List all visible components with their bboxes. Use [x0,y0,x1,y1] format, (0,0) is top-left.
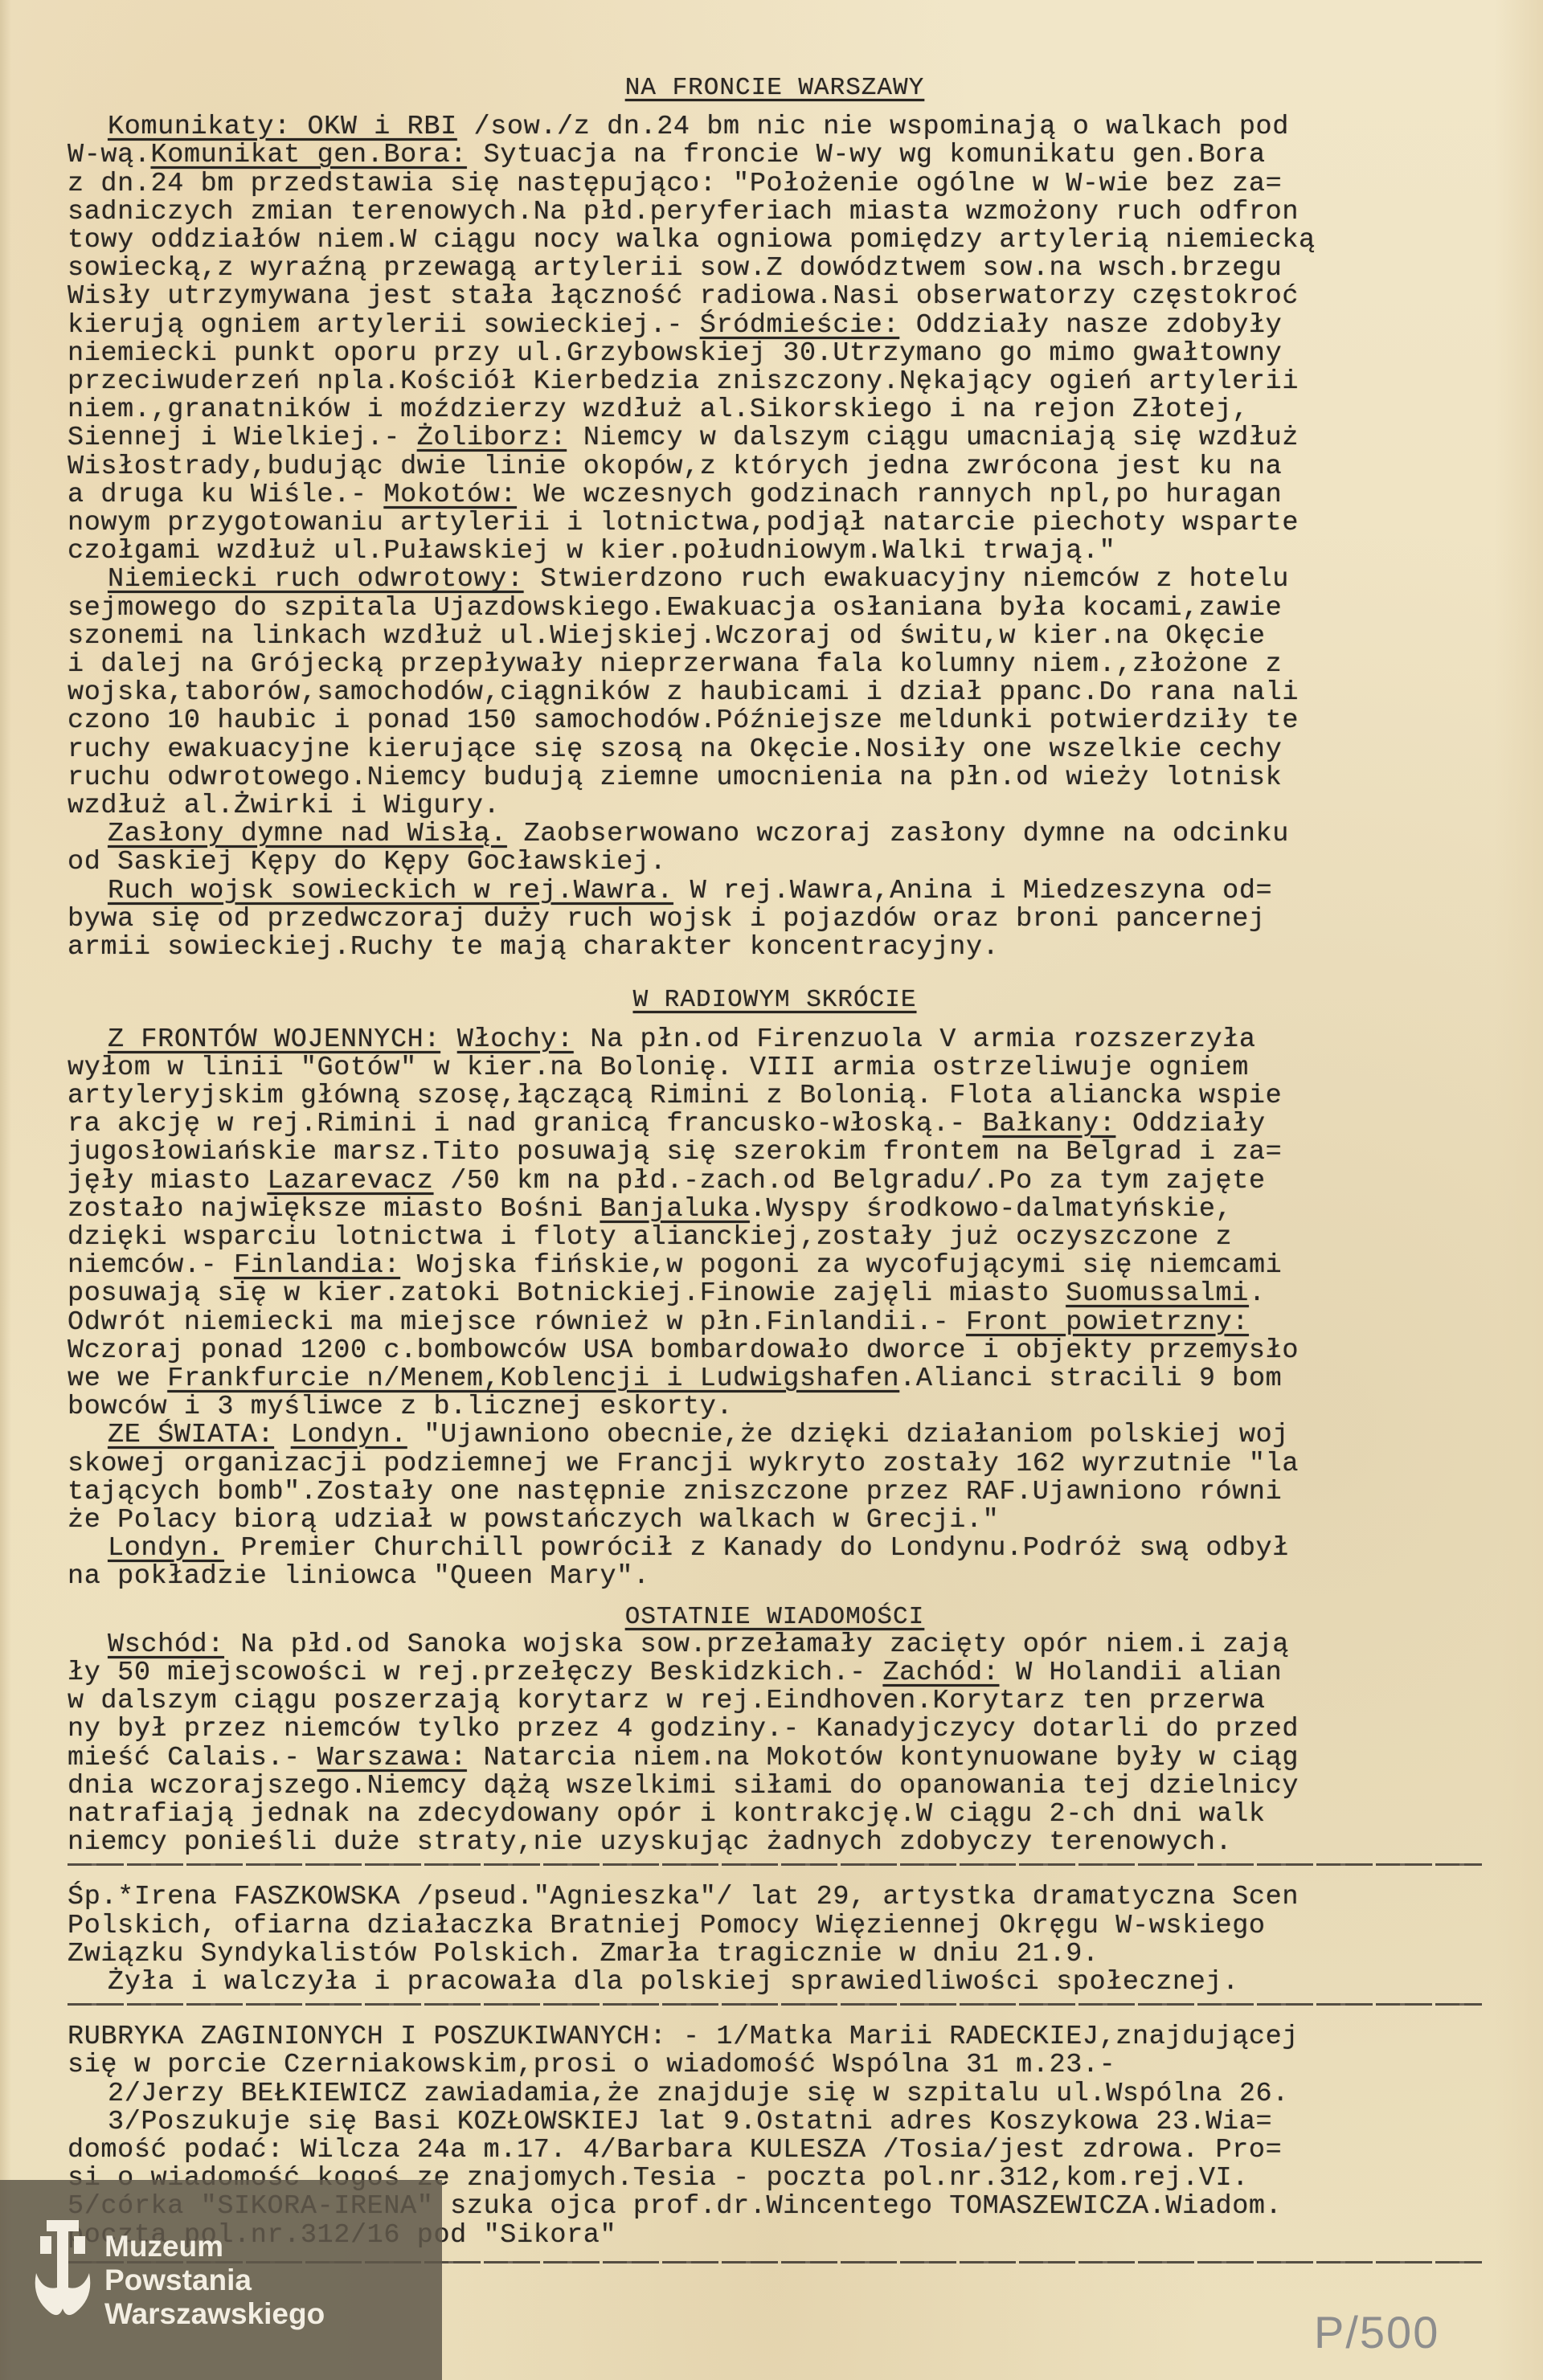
text-run: 3/Poszukuje się Basi KOZŁOWSKIEJ lat 9.O… [108,2107,1272,2137]
text-run: "Ujawniono obecnie,że dzięki działaniom … [407,1420,1289,1450]
text-run: W Holandii alian [999,1658,1282,1688]
section-heading-radio-brief: W RADIOWYM SKRÓCIE [68,986,1482,1014]
underlined-subheading: ZE ŚWIATA: [108,1420,274,1450]
divider [68,1863,1482,1866]
text-run: jugosłowiańskie marsz.Tito posuwają się … [68,1137,1282,1168]
text-line: RUBRYKA ZAGINIONYCH I POSZUKIWANYCH: - 1… [68,2023,1482,2051]
text-run: wyłom w linii "Gotów" w kier.na Bolonię.… [68,1053,1249,1083]
text-line: bowców i 3 myśliwce z b.licznej eskorty. [68,1393,1482,1421]
text-run: Wisłostrady,budując dwie linie okopów,z … [68,452,1282,482]
text-line: sowiecką,z wyraźną przewagą artylerii so… [68,255,1482,283]
text-run: sejmowego do szpitala Ujazdowskiego.Ewak… [68,593,1282,624]
section-heading-latest-news: OSTATNIE WIADOMOŚCI [68,1603,1482,1631]
underlined-subheading: Frankfurcie n/Menem,Koblencji i Ludwigsh… [167,1364,899,1394]
text-line: skowej organizacji podziemnej we Francji… [68,1450,1482,1478]
text-run: niemców.- [68,1250,234,1281]
text-line: wzdłuż al.Żwirki i Wigury. [68,792,1482,820]
text-line: natrafiają jednak na zdecydowany opór i … [68,1801,1482,1829]
text-run: ra akcję w rej.Rimini i nad granicą fran… [68,1109,983,1139]
text-run: Niemcy w dalszym ciągu umacniają się wzd… [567,423,1299,453]
text-run: Stwierdzono ruch ewakuacyjny niemców z h… [524,564,1289,595]
text-run: posuwają się w kier.zatoki Botnickiej.Fi… [68,1278,1066,1309]
text-run: niemiecki punkt oporu przy ul.Grzybowski… [68,338,1282,369]
text-line: Odwrót niemiecki ma miejsce również w pł… [68,1309,1482,1337]
text-line: ruchy ewakuacyjne kierujące się szosą na… [68,736,1482,764]
text-line: sadniczych zmian terenowych.Na płd.peryf… [68,198,1482,227]
text-line: Niemiecki ruch odwrotowy: Stwierdzono ru… [68,566,1482,594]
text-run: Oddziały [1115,1109,1265,1139]
text-line: niem.,granatników i moździerzy wzdłuż al… [68,396,1482,424]
underlined-subheading: Śródmieście: [700,310,899,341]
text-run: natrafiają jednak na zdecydowany opór i … [68,1799,1266,1830]
text-run [274,1420,291,1450]
text-run: Wojska fińskie,w pogoni za wycofującymi … [400,1250,1282,1281]
text-line: armii sowieckiej.Ruchy te mają charakter… [68,934,1482,962]
text-run: /50 km na płd.-zach.od Belgradu/.Po za t… [434,1166,1266,1196]
underlined-subheading: Wschód: [108,1630,224,1660]
text-run: wzdłuż al.Żwirki i Wigury. [68,791,500,821]
text-line: kierują ogniem artylerii sowieckiej.- Śr… [68,312,1482,340]
text-line: jęły miasto Lazarevacz /50 km na płd.-za… [68,1168,1482,1196]
text-run: niemcy ponieśli duże straty,nie uzyskują… [68,1827,1232,1858]
section-latest-news: Wschód: Na płd.od Sanoka wojska sow.prze… [68,1631,1482,1858]
text-run: Na płn.od Firenzuola V armia rozszerzyła [574,1024,1256,1055]
underlined-subheading: Zachód: [882,1658,999,1688]
text-run: ruchy ewakuacyjne kierujące się szosą na… [68,734,1282,765]
text-run: 2/Jerzy BEŁKIEWICZ zawiadamia,że znajduj… [108,2079,1289,2109]
underlined-subheading: Londyn. [291,1420,407,1450]
text-line: zostało największe miasto Bośni Banjaluk… [68,1196,1482,1224]
text-run: Żyła i walczyła i pracowała dla polskiej… [108,1967,1239,1998]
text-line: że Polacy biorą udział w powstańczych wa… [68,1507,1482,1535]
text-run: skowej organizacji podziemnej we Francji… [68,1449,1299,1479]
text-run: bowców i 3 myśliwce z b.licznej eskorty. [68,1392,733,1422]
underlined-subheading: Komunikaty: OKW i RBI [108,112,457,142]
text-run: Natarcia niem.na Mokotów kontynuowane by… [467,1743,1299,1773]
text-line: W-wą.Komunikat gen.Bora: Sytuacja na fro… [68,141,1482,170]
text-run: przeciwuderzeń npla.Kościół Kierbedzia z… [68,366,1299,397]
text-run: kierują ogniem artylerii sowieckiej.- [68,310,700,341]
text-run: wojska,taborów,samochodów,ciągników z ha… [68,677,1299,708]
text-run: Wisły utrzymywana jest stała łączność ra… [68,281,1299,312]
underlined-subheading: Londyn. [108,1533,224,1564]
underlined-subheading: Zasłony dymne nad Wisłą. [108,819,507,849]
text-run: na pokładzie liniowca "Queen Mary". [68,1561,650,1592]
text-line: szonemi na linkach wzdłuż ul.Wiejskiej.W… [68,623,1482,651]
underlined-subheading: Finlandia: [234,1250,400,1281]
text-line: Wisły utrzymywana jest stała łączność ra… [68,283,1482,311]
text-run: Sytuacja na froncie W-wy wg komunikatu g… [467,140,1266,170]
text-run: we we [68,1364,167,1394]
text-run: Oddziały nasze zdobyły [899,310,1282,341]
text-line: Z FRONTÓW WOJENNYCH: Włochy: Na płn.od F… [68,1026,1482,1054]
text-run: .Wyspy środkowo-dalmatyńskie, [750,1194,1232,1225]
text-line: Komunikaty: OKW i RBI /sow./z dn.24 bm n… [68,113,1482,141]
section-obituary: Śp.*Irena FASZKOWSKA /pseud."Agnieszka"/… [68,1883,1482,1997]
text-line: ny był przez niemców tylko przez 4 godzi… [68,1715,1482,1744]
paper-edge-left [0,0,11,2380]
text-run: jęły miasto [68,1166,267,1196]
text-line: 2/Jerzy BEŁKIEWICZ zawiadamia,że znajduj… [68,2080,1482,2108]
text-line: artyleryjskim główną szosę,łączącą Rimin… [68,1082,1482,1110]
paper-edge-right [1495,0,1543,2380]
text-line: Wschód: Na płd.od Sanoka wojska sow.prze… [68,1631,1482,1659]
text-line: 3/Poszukuje się Basi KOZŁOWSKIEJ lat 9.O… [68,2108,1482,2137]
text-run: zostało największe miasto Bośni [68,1194,600,1225]
archive-pencil-mark: P/500 [1314,2306,1439,2358]
text-line: ruchu odwrotowego.Niemcy budują ziemne u… [68,764,1482,792]
text-run: dnia wczorajszego.Niemcy dążą wszelkimi … [68,1771,1299,1801]
text-run: .Alianci stracili 9 bom [899,1364,1282,1394]
divider [68,2003,1482,2006]
text-run: ny był przez niemców tylko przez 4 godzi… [68,1714,1299,1744]
text-line: sejmowego do szpitala Ujazdowskiego.Ewak… [68,595,1482,623]
museum-name: Muzeum Powstania Warszawskiego [104,2230,325,2331]
text-line: domość podać: Wilcza 24a m.17. 4/Barbara… [68,2137,1482,2165]
text-run: a druga ku Wiśle.- [68,480,383,510]
underlined-subheading: Bałkany: [983,1109,1116,1139]
underlined-subheading: Z FRONTÓW WOJENNYCH: [108,1024,440,1055]
text-run: Premier Churchill powrócił z Kanady do L… [224,1533,1289,1564]
text-run: Polskich, ofiarna działaczka Bratniej Po… [68,1911,1266,1941]
text-run: Odwrót niemiecki ma miejsce również w pł… [68,1307,966,1338]
text-line: i dalej na Grójecką przepływały nieprzer… [68,651,1482,679]
text-run: . [1249,1278,1266,1309]
text-run: Zaobserwowano wczoraj zasłony dymne na o… [507,819,1289,849]
text-line: w dalszym ciągu poszerzają korytarz w re… [68,1687,1482,1715]
text-line: Londyn. Premier Churchill powrócił z Kan… [68,1535,1482,1563]
underlined-subheading: Komunikat gen.Bora: [151,140,467,170]
text-line: jugosłowiańskie marsz.Tito posuwają się … [68,1139,1482,1167]
text-run: nowym przygotowaniu artylerii i lotnictw… [68,508,1299,538]
text-run: że Polacy biorą udział w powstańczych wa… [68,1505,999,1536]
underlined-subheading: Ruch wojsk sowieckich w rej.Wawra. [108,876,673,906]
text-line: od Saskiej Kępy do Kępy Gocławskiej. [68,849,1482,877]
text-line: przeciwuderzeń npla.Kościół Kierbedzia z… [68,368,1482,396]
text-line: Ruch wojsk sowieckich w rej.Wawra. W rej… [68,877,1482,906]
text-run: W-wą. [68,140,151,170]
text-run: się w porcie Czerniakowskim,prosi o wiad… [68,2050,1115,2080]
text-run: Wczoraj ponad 1200 c.bombowców USA bomba… [68,1335,1299,1366]
text-line: Żyła i walczyła i pracowała dla polskiej… [68,1969,1482,1997]
underlined-subheading: Mokotów: [383,480,517,510]
underlined-subheading: Lazarevacz [267,1166,433,1196]
text-line: niemców.- Finlandia: Wojska fińskie,w po… [68,1252,1482,1280]
text-run: sowiecką,z wyraźną przewagą artylerii so… [68,253,1282,284]
text-run: od Saskiej Kępy do Kępy Gocławskiej. [68,847,666,877]
text-line: towy oddziałów niem.W ciągu nocy walka o… [68,227,1482,255]
text-line: ra akcję w rej.Rimini i nad granicą fran… [68,1110,1482,1139]
text-run: niem.,granatników i moździerzy wzdłuż al… [68,395,1249,425]
text-run: szonemi na linkach wzdłuż ul.Wiejskiej.W… [68,621,1266,652]
text-run: czołgami wzdłuż ul.Puławskiej w kier.poł… [68,536,1115,566]
text-run: RUBRYKA ZAGINIONYCH I POSZUKIWANYCH: - 1… [68,2022,1299,2052]
text-line: niemiecki punkt oporu przy ul.Grzybowski… [68,340,1482,368]
underlined-subheading: Niemiecki ruch odwrotowy: [108,564,524,595]
text-run: domość podać: Wilcza 24a m.17. 4/Barbara… [68,2135,1282,2165]
underlined-subheading: Suomussalmi [1066,1278,1249,1309]
text-line: dnia wczorajszego.Niemcy dążą wszelkimi … [68,1773,1482,1801]
text-line: nowym przygotowaniu artylerii i lotnictw… [68,509,1482,538]
kotwica-anchor-icon [31,2212,95,2333]
text-line: Wczoraj ponad 1200 c.bombowców USA bomba… [68,1337,1482,1365]
text-line: a druga ku Wiśle.- Mokotów: We wczesnych… [68,481,1482,509]
underlined-subheading: Żoliborz: [417,423,567,453]
section-heading-warsaw-front: NA FRONCIE WARSZAWY [68,74,1482,102]
text-run: w dalszym ciągu poszerzają korytarz w re… [68,1686,1266,1716]
text-run: Śp.*Irena FASZKOWSKA /pseud."Agnieszka"/… [68,1882,1299,1912]
text-run: armii sowieckiej.Ruchy te mają charakter… [68,932,999,963]
text-run: ruchu odwrotowego.Niemcy budują ziemne u… [68,763,1282,793]
text-run: mieść Calais.- [68,1743,317,1773]
text-line: Związku Syndykalistów Polskich. Zmarła t… [68,1940,1482,1969]
text-line: wojska,taborów,samochodów,ciągników z ha… [68,679,1482,707]
text-line: Zasłony dymne nad Wisłą. Zaobserwowano w… [68,820,1482,849]
text-run: /sow./z dn.24 bm nic nie wspominają o wa… [457,112,1289,142]
text-run: Związku Syndykalistów Polskich. Zmarła t… [68,1939,1099,1969]
text-run [440,1024,457,1055]
text-line: ZE ŚWIATA: Londyn. "Ujawniono obecnie,że… [68,1421,1482,1450]
text-run: We wczesnych godzinach rannych npl,po hu… [517,480,1282,510]
text-line: czono 10 haubic i ponad 150 samochodów.P… [68,707,1482,735]
text-run: bywa się od przedwczoraj duży ruch wojsk… [68,904,1266,934]
underlined-subheading: Włochy: [457,1024,574,1055]
text-line: tających bomb".Zostały one następnie zni… [68,1478,1482,1507]
text-run: tających bomb".Zostały one następnie zni… [68,1477,1282,1507]
text-run: dzięki wsparciu lotnictwa i floty alianc… [68,1222,1232,1253]
text-line: się w porcie Czerniakowskim,prosi o wiad… [68,2051,1482,2079]
text-line: Polskich, ofiarna działaczka Bratniej Po… [68,1912,1482,1940]
text-run: W rej.Wawra,Anina i Miedzeszyna od= [673,876,1272,906]
text-run: artyleryjskim główną szosę,łączącą Rimin… [68,1081,1282,1111]
text-line: Wisłostrady,budując dwie linie okopów,z … [68,453,1482,481]
text-line: ły 50 miejscowości w rej.przełęczy Beski… [68,1659,1482,1687]
section-radio-brief: Z FRONTÓW WOJENNYCH: Włochy: Na płn.od F… [68,1026,1482,1592]
text-run: Siennej i Wielkiej.- [68,423,417,453]
typewritten-document: NA FRONCIE WARSZAWY Komunikaty: OKW i RB… [68,74,1482,2270]
text-run: czono 10 haubic i ponad 150 samochodów.P… [68,705,1299,736]
underlined-subheading: Warszawa: [317,1743,467,1773]
text-run: i dalej na Grójecką przepływały nieprzer… [68,649,1282,680]
text-run: Na płd.od Sanoka wojska sow.przełamały z… [224,1630,1289,1660]
text-run: towy oddziałów niem.W ciągu nocy walka o… [68,225,1316,256]
text-line: Siennej i Wielkiej.- Żoliborz: Niemcy w … [68,424,1482,452]
text-line: na pokładzie liniowca "Queen Mary". [68,1563,1482,1591]
text-line: czołgami wzdłuż ul.Puławskiej w kier.poł… [68,538,1482,566]
underlined-subheading: Banjaluka [600,1194,750,1225]
underlined-subheading: Front powietrzny: [966,1307,1249,1338]
text-line: Śp.*Irena FASZKOWSKA /pseud."Agnieszka"/… [68,1883,1482,1912]
text-line: dzięki wsparciu lotnictwa i floty alianc… [68,1224,1482,1252]
text-run: sadniczych zmian terenowych.Na płd.peryf… [68,197,1299,227]
museum-watermark: Muzeum Powstania Warszawskiego [0,2180,442,2380]
text-line: wyłom w linii "Gotów" w kier.na Bolonię.… [68,1054,1482,1082]
text-line: bywa się od przedwczoraj duży ruch wojsk… [68,906,1482,934]
text-line: posuwają się w kier.zatoki Botnickiej.Fi… [68,1280,1482,1308]
text-line: niemcy ponieśli duże straty,nie uzyskują… [68,1829,1482,1857]
text-run: ły 50 miejscowości w rej.przełęczy Beski… [68,1658,882,1688]
text-line: z dn.24 bm przedstawia się następująco: … [68,170,1482,198]
section-warsaw-front: Komunikaty: OKW i RBI /sow./z dn.24 bm n… [68,113,1482,962]
text-line: we we Frankfurcie n/Menem,Koblencji i Lu… [68,1365,1482,1393]
text-line: mieść Calais.- Warszawa: Natarcia niem.n… [68,1744,1482,1773]
text-run: z dn.24 bm przedstawia się następująco: … [68,169,1282,199]
